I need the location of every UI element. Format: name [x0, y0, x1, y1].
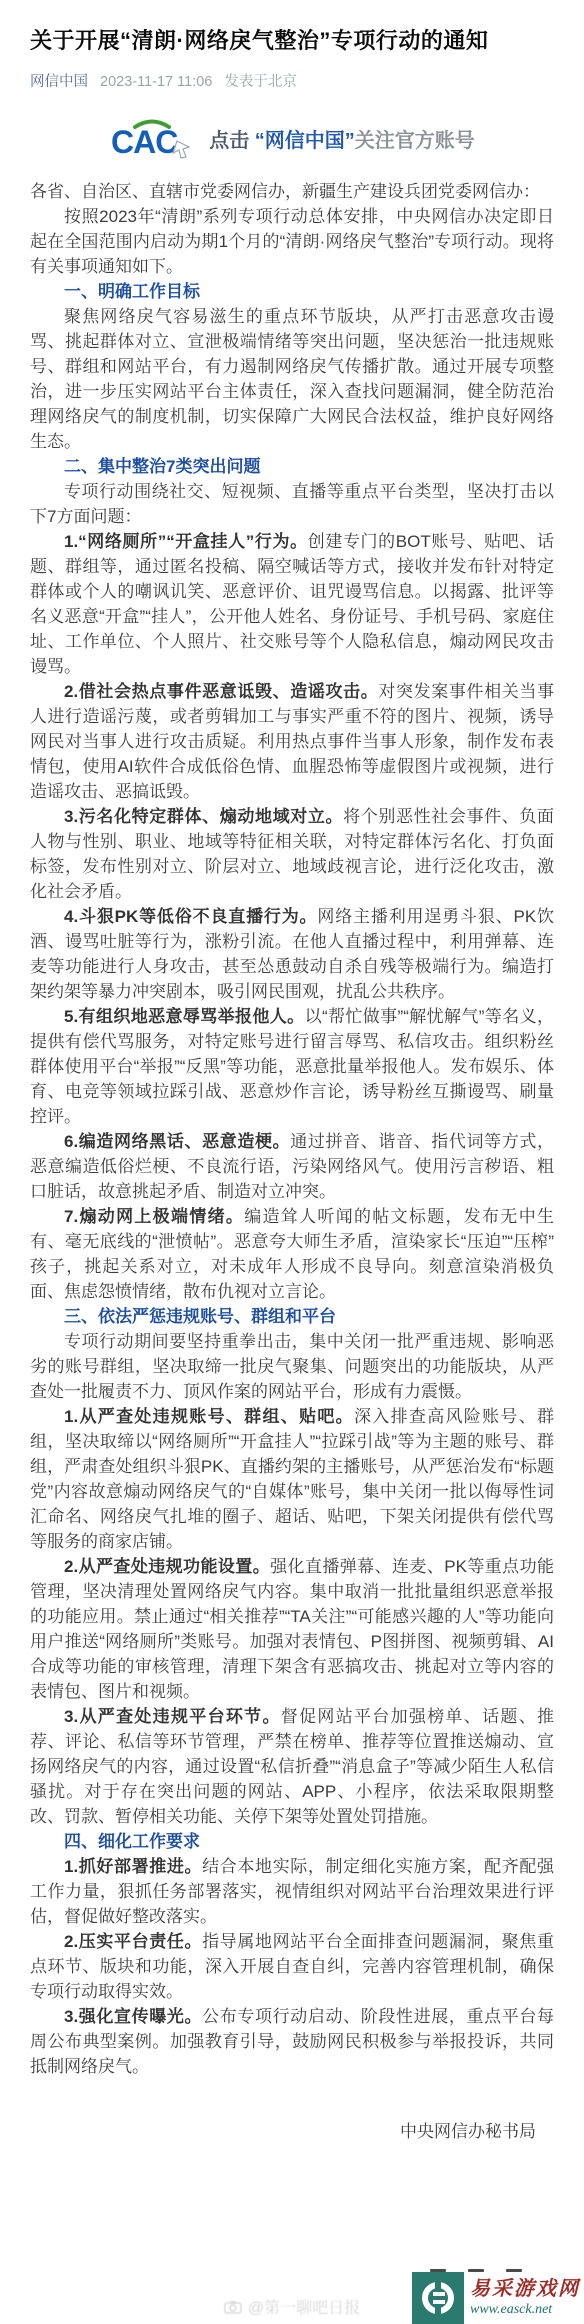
section-heading: 二、集中整治7类突出问题 — [30, 454, 554, 479]
paragraph-lead: 3.强化宣传曝光。 — [64, 2007, 202, 2026]
paragraph: 2.从严查处违规功能设置。强化直播弹幕、连麦、PK等重点功能管理，坚决清理处置网… — [30, 1554, 554, 1704]
paragraph: 3.污名化特定群体、煽动地域对立。将个别恶性社会事件、负面人物与性别、职业、地域… — [30, 804, 554, 904]
weibo-watermark: @第一聊吧日报 — [224, 2295, 360, 2318]
paragraph: 3.从严查处违规平台环节。督促网站平台加强榜单、话题、推荐、评论、私信等环节管理… — [30, 1704, 554, 1829]
publish-location: 发表于北京 — [224, 70, 297, 91]
follow-banner-text: 点击 “网信中国”关注官方账号 — [209, 124, 475, 153]
paragraph-lead: 3.污名化特定群体、煽动地域对立。 — [64, 807, 343, 826]
paragraph-lead: 2.从严查处违规功能设置。 — [64, 1557, 270, 1576]
notice-body: 各省、自治区、直辖市党委网信办，新疆生产建设兵团党委网信办：按照2023年“清朗… — [30, 179, 554, 2079]
paragraph-lead: 2.借社会热点事件恶意诋毁、造谣攻击。 — [64, 682, 378, 701]
paragraph: 2.借社会热点事件恶意诋毁、造谣攻击。对突发案事件相关当事人进行造谣污蔑，或者剪… — [30, 679, 554, 804]
badge-site-url: www.easck.net — [470, 2302, 580, 2317]
paragraph: 聚焦网络戾气容易滋生的重点环节版块，从严打击恶意攻击谩骂、挑起群体对立、宣泄极端… — [30, 304, 554, 454]
byline: 网信中国 2023-11-17 11:06 发表于北京 — [30, 70, 554, 91]
badge-site-name: 易采游戏网 — [470, 2278, 580, 2300]
paragraph-lead: 1.抓好部署推进。 — [64, 1857, 202, 1876]
paragraph: 按照2023年“清朗”系列专项行动总体安排，中央网信办决定即日起在全国范围内启动… — [30, 204, 554, 279]
paragraph: 6.编造网络黑话、恶意造梗。通过拼音、谐音、指代词等方式，恶意编造低俗烂梗、不良… — [30, 1129, 554, 1204]
paragraph: 1.“网络厕所”“开盒挂人”行为。创建专门的BOT账号、贴吧、话题、群组等，通过… — [30, 529, 554, 679]
paragraph: 4.斗狠PK等低俗不良直播行为。网络主播利用逞勇斗狠、PK饮酒、谩骂吐脏等行为，… — [30, 904, 554, 1004]
cac-logo-icon: CAC — [109, 117, 195, 159]
issuer-signature: 中央网信办秘书局 — [30, 2117, 554, 2142]
account-name-link[interactable]: 网信中国 — [30, 70, 88, 91]
camera-icon — [224, 2300, 242, 2314]
follow-banner[interactable]: CAC 点击 “网信中国”关注官方账号 — [30, 117, 554, 159]
banner-account-name: “网信中国” — [255, 130, 355, 152]
watermark-text: @第一聊吧日报 — [248, 2295, 360, 2318]
svg-text:CAC: CAC — [111, 124, 178, 159]
easck-site-badge: 易采游戏网 www.easck.net — [408, 2272, 584, 2324]
paragraph-lead: 3.从严查处违规平台环节。 — [64, 1707, 281, 1726]
page-title: 关于开展“清朗·网络戾气整治”专项行动的通知 — [30, 24, 554, 57]
paragraph-lead: 1.从严查处违规账号、群组、贴吧。 — [64, 1407, 354, 1426]
paragraph: 专项行动围绕社交、短视频、直播等重点平台类型，坚决打击以下7方面问题： — [30, 479, 554, 529]
publish-datetime: 2023-11-17 11:06 — [100, 74, 212, 90]
paragraph: 5.有组织地恶意辱骂举报他人。以“帮忙做事”“解忧解气”等名义，提供有偿代骂服务… — [30, 1004, 554, 1129]
section-heading: 三、依法严惩违规账号、群组和平台 — [30, 1304, 554, 1329]
banner-prefix: 点击 — [209, 130, 249, 152]
paragraph-lead: 2.压实平台责任。 — [64, 1932, 202, 1951]
paragraph-lead: 7.煽动网上极端情绪。 — [64, 1207, 244, 1226]
paragraph: 7.煽动网上极端情绪。编造耸人听闻的帖文标题，发布无中生有、毫无底线的“泄愤帖”… — [30, 1204, 554, 1304]
paragraph-lead: 4.斗狠PK等低俗不良直播行为。 — [64, 907, 317, 926]
paragraph: 专项行动期间要坚持重拳出击，集中关闭一批严重违规、影响恶劣的账号群组，坚决取缔一… — [30, 1329, 554, 1404]
section-heading: 四、细化工作要求 — [30, 1829, 554, 1854]
paragraph: 各省、自治区、直辖市党委网信办，新疆生产建设兵团党委网信办： — [30, 179, 554, 204]
paragraph: 1.从严查处违规账号、群组、贴吧。深入排查高风险账号、群组，坚决取缔以“网络厕所… — [30, 1404, 554, 1554]
banner-suffix: 关注官方账号 — [355, 130, 475, 152]
paragraph: 2.压实平台责任。指导属地网站平台全面排查问题漏洞，聚焦重点环节、版块和功能，深… — [30, 1929, 554, 2004]
easck-logo-icon — [412, 2272, 464, 2324]
paragraph-lead: 1.“网络厕所”“开盒挂人”行为。 — [64, 532, 308, 551]
paragraph: 1.抓好部署推进。结合本地实际，制定细化实施方案，配齐配强工作力量，狠抓任务部署… — [30, 1854, 554, 1929]
paragraph-lead: 6.编造网络黑话、恶意造梗。 — [64, 1132, 290, 1151]
paragraph-lead: 5.有组织地恶意辱骂举报他人。 — [64, 1007, 305, 1026]
paragraph: 3.强化宣传曝光。公布专项行动启动、阶段性进展，重点平台每周公布典型案例。加强教… — [30, 2004, 554, 2079]
section-heading: 一、明确工作目标 — [30, 279, 554, 304]
article-page: 关于开展“清朗·网络戾气整治”专项行动的通知 网信中国 2023-11-17 1… — [0, 0, 584, 2142]
